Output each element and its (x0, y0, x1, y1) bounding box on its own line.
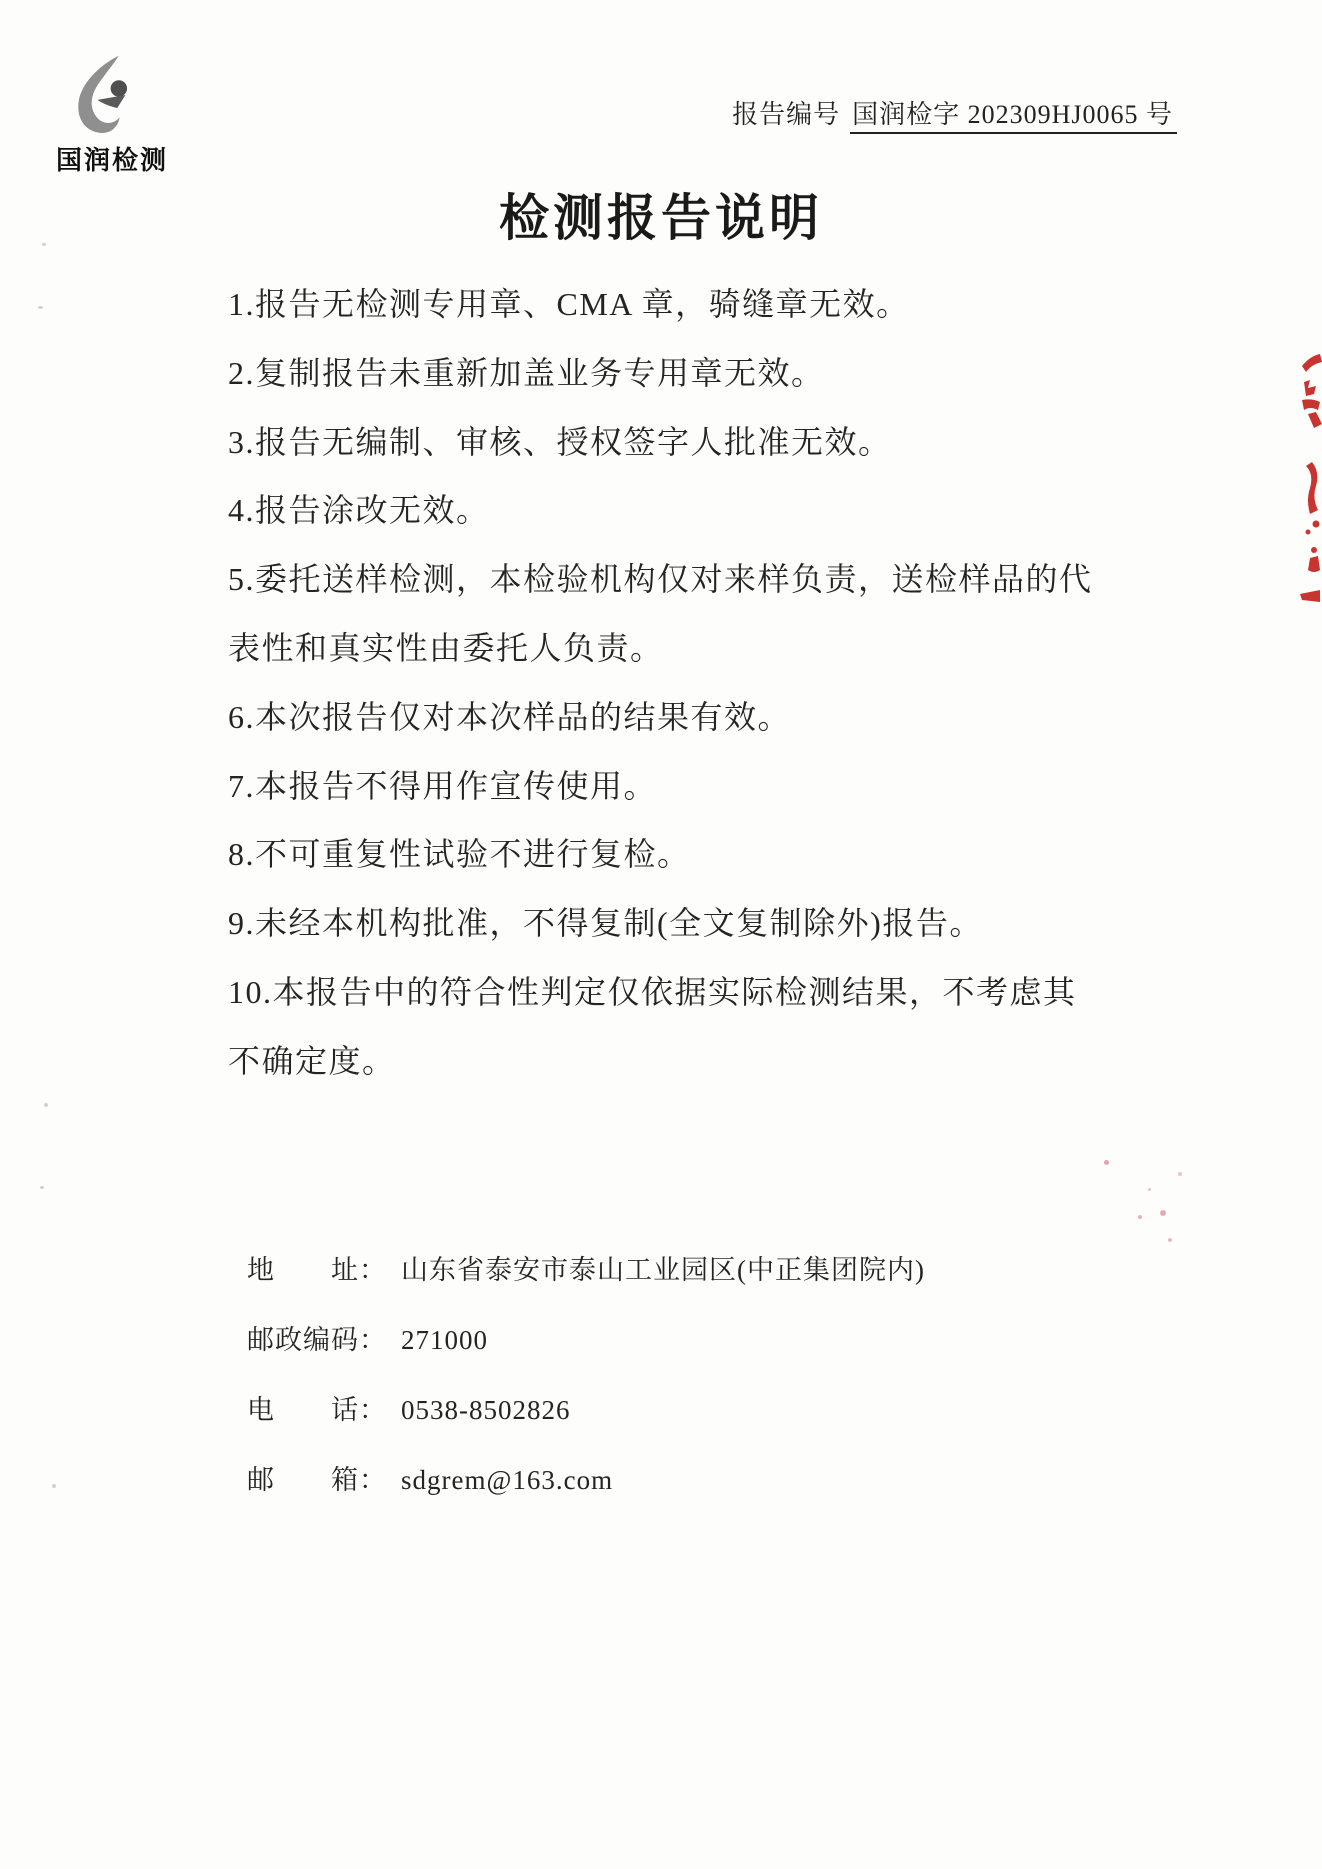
email-label: 邮 箱： (247, 1465, 387, 1495)
contact-row-address: 地 址：山东省泰安市泰山工业园区(中正集团院内) (247, 1235, 1007, 1305)
contact-row-phone: 电 话：0538-8502826 (247, 1375, 1007, 1445)
note-line-10a: 10.本报告中的符合性判定仅依据实际检测结果，不考虑其 (228, 958, 1133, 1027)
company-logo-text: 国润检测 (56, 140, 176, 177)
scan-speck (38, 306, 43, 309)
scan-speck (40, 1186, 44, 1189)
postcode-value: 271000 (401, 1325, 488, 1355)
report-number-line: 报告编号国润检字 202309HJ0065 号 (732, 94, 1177, 131)
seal-fragment-icon (1296, 352, 1322, 376)
seal-fragment-icon (1296, 380, 1322, 430)
company-logo-icon (68, 52, 150, 138)
page-title: 检测报告说明 (0, 178, 1322, 250)
phone-value: 0538-8502826 (401, 1395, 571, 1425)
scan-speck (44, 1103, 48, 1107)
address-label: 地 址： (247, 1255, 387, 1285)
company-logo: 国润检测 (56, 52, 176, 177)
note-line-6: 6.本次报告仅对本次样品的结果有效。 (228, 683, 1133, 752)
note-line-5a: 5.委托送样检测，本检验机构仅对来样负责，送检样品的代 (228, 545, 1133, 614)
note-line-5b: 表性和真实性由委托人负责。 (228, 614, 1133, 683)
scan-speck (1160, 1210, 1166, 1216)
scan-speck (1148, 1188, 1151, 1191)
note-line-8: 8.不可重复性试验不进行复检。 (228, 820, 1133, 889)
note-line-7: 7.本报告不得用作宣传使用。 (228, 752, 1133, 821)
seal-fragment-icon (1302, 546, 1322, 576)
contact-row-postcode: 邮政编码：271000 (247, 1305, 1007, 1375)
scan-speck (1138, 1215, 1142, 1219)
note-line-9: 9.未经本机构批准，不得复制(全文复制除外)报告。 (228, 889, 1133, 958)
scan-speck (42, 243, 46, 246)
contact-row-email: 邮 箱：sdgrem@163.com (247, 1445, 1007, 1515)
notes-list: 1.报告无检测专用章、CMA 章，骑缝章无效。 2.复制报告未重新加盖业务专用章… (228, 270, 1133, 1096)
note-line-1: 1.报告无检测专用章、CMA 章，骑缝章无效。 (228, 270, 1133, 339)
red-seal-edge-marks (1292, 340, 1322, 620)
seal-fragment-icon (1298, 462, 1322, 542)
scan-speck (52, 1484, 56, 1488)
scan-speck (1168, 1238, 1172, 1242)
scan-speck (1178, 1172, 1182, 1176)
phone-label: 电 话： (247, 1395, 387, 1425)
note-line-10b: 不确定度。 (228, 1027, 1133, 1096)
seal-fragment-icon (1298, 588, 1322, 604)
report-number-label: 报告编号 (732, 100, 840, 129)
address-value: 山东省泰安市泰山工业园区(中正集团院内) (401, 1255, 925, 1285)
scanned-report-page: 国润检测 报告编号国润检字 202309HJ0065 号 检测报告说明 1.报告… (0, 0, 1322, 1869)
contact-block: 地 址：山东省泰安市泰山工业园区(中正集团院内) 邮政编码：271000 电 话… (247, 1235, 1007, 1515)
scan-speck (1104, 1160, 1109, 1165)
postcode-label: 邮政编码： (247, 1325, 387, 1355)
note-line-2: 2.复制报告未重新加盖业务专用章无效。 (228, 339, 1133, 408)
report-number-value: 国润检字 202309HJ0065 号 (850, 100, 1177, 134)
email-value: sdgrem@163.com (401, 1465, 613, 1495)
note-line-4: 4.报告涂改无效。 (228, 476, 1133, 545)
note-line-3: 3.报告无编制、审核、授权签字人批准无效。 (228, 408, 1133, 477)
